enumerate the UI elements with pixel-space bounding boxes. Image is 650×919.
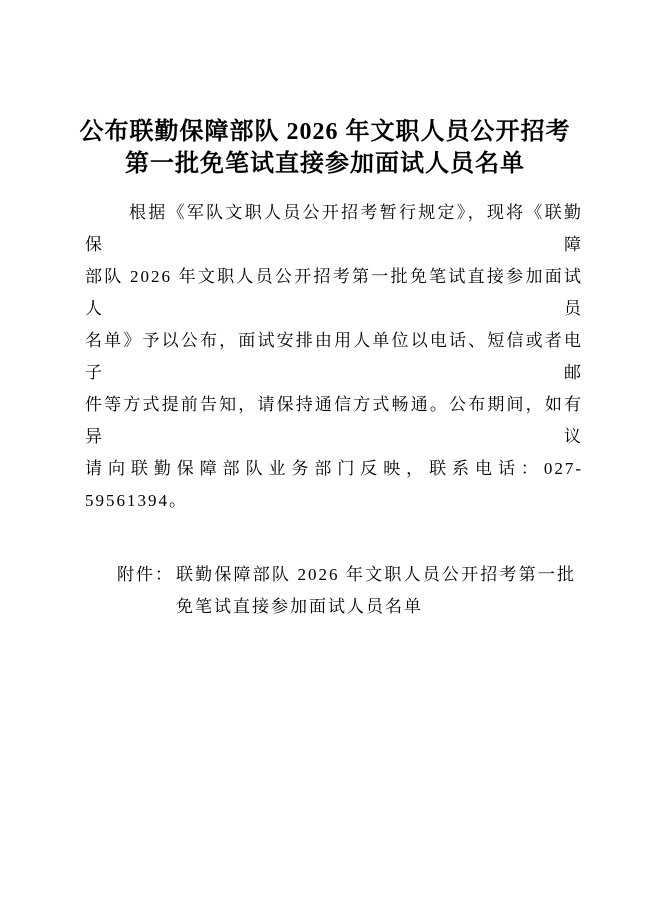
document-page: 公布联勤保障部队 2026 年文职人员公开招考 第一批免笔试直接参加面试人员名单… <box>0 0 650 919</box>
attachment-title: 联勤保障部队 2026 年文职人员公开招考第一批免笔试直接参加面试人员名单 <box>176 559 576 623</box>
paragraph-line-with-phone: 请向联勤保障部队业务部门反映，联系电话：027-59561394。 <box>85 453 583 517</box>
document-title-line-2: 第一批免笔试直接参加面试人员名单 <box>45 148 605 180</box>
paragraph-line: 部队 2026 年文职人员公开招考第一批免笔试直接参加面试人员 <box>85 261 583 325</box>
attachment-section: 附件： 联勤保障部队 2026 年文职人员公开招考第一批免笔试直接参加面试人员名… <box>117 559 650 623</box>
paragraph-line: 名单》予以公布，面试安排由用人单位以电话、短信或者电子邮 <box>85 325 583 389</box>
attachment-label: 附件： <box>117 559 174 591</box>
document-title: 公布联勤保障部队 2026 年文职人员公开招考 第一批免笔试直接参加面试人员名单 <box>45 116 605 180</box>
paragraph-line: 件等方式提前告知，请保持通信方式畅通。公布期间，如有异议 <box>85 389 583 453</box>
body-paragraph: 根据《军队文职人员公开招考暂行规定》，现将《联勤保障 部队 2026 年文职人员… <box>85 197 583 517</box>
document-title-line-1: 公布联勤保障部队 2026 年文职人员公开招考 <box>45 116 605 148</box>
paragraph-line: 根据《军队文职人员公开招考暂行规定》，现将《联勤保障 <box>85 197 583 261</box>
